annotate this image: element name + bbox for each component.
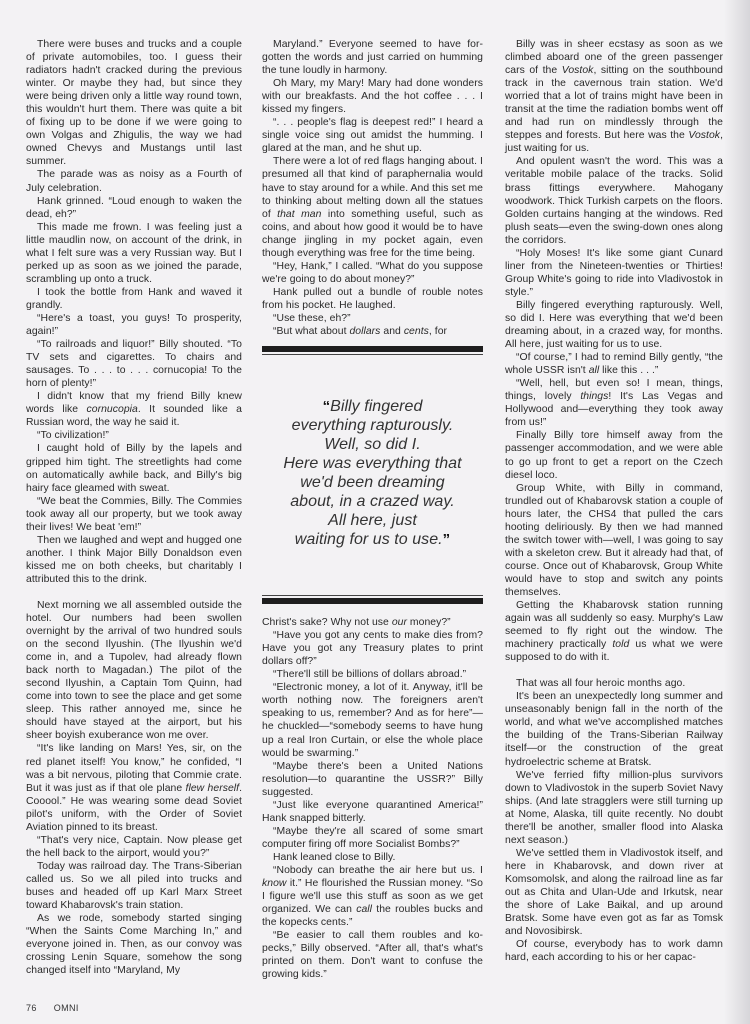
paragraph: Christ's sake? Why not use our money?” — [262, 616, 483, 629]
italic-text: flew herself — [186, 783, 240, 794]
pull-quote-line: Billy fingered — [330, 398, 422, 415]
page-edge-shadow — [724, 0, 750, 1024]
paragraph: Hank leaned close to Billy. — [262, 851, 483, 864]
paragraph: Next morning we all assembled outside th… — [26, 599, 242, 743]
pull-quote-line: Here was everything that — [283, 455, 461, 472]
paragraph: Today was railroad day. The Trans-Si­ber… — [26, 860, 242, 912]
paragraph: Maryland.” Everyone seemed to have for­g… — [262, 38, 483, 77]
pull-quote-bottom-rule — [262, 598, 483, 604]
paragraph: We've ferried fifty million-plus survivo… — [505, 769, 723, 847]
pull-quote-text: Billy fingeredeverything rapturously.Wel… — [283, 398, 461, 548]
italic-text: Vostok — [688, 130, 720, 141]
paragraph: “Of course,” I had to remind Billy gentl… — [505, 351, 723, 377]
paragraph: Group White, with Billy in command, trun… — [505, 482, 723, 599]
italic-text: cents — [404, 326, 429, 337]
paragraph: “But what about dollars and cents, for — [262, 325, 483, 338]
paragraph: “We beat the Commies, Billy. The Com­mie… — [26, 495, 242, 534]
paragraph: “Use these, eh?” — [262, 312, 483, 325]
italic-text: cornucopia — [87, 404, 138, 415]
paragraph: “Nobody can breathe the air here but us.… — [262, 864, 483, 929]
italic-text: know — [262, 878, 286, 889]
paragraph: And opulent wasn't the word. This was a … — [505, 155, 723, 246]
pull-quote-line: about, in a crazed way. — [290, 493, 455, 510]
paragraph: “Just like everyone quarantined Amer­ica… — [262, 799, 483, 825]
paragraph: This made me frown. I was feeling just a… — [26, 221, 242, 286]
italic-text: things — [580, 391, 608, 402]
paragraph: “Have you got any cents to make dies fro… — [262, 629, 483, 668]
pull-quote-line: Well, so did I. — [324, 436, 421, 453]
article-column-2: Maryland.” Everyone seemed to have for­g… — [262, 38, 483, 981]
paragraph: “Maybe there's been a United Nations res… — [262, 760, 483, 799]
page-number: 76 — [26, 1003, 37, 1013]
paragraph: We've settled them in Vladivostok itself… — [505, 847, 723, 938]
column2-continued: Christ's sake? Why not use our money?”“H… — [262, 616, 483, 981]
paragraph: It's been an unexpectedly long summer an… — [505, 690, 723, 768]
column2-body: Maryland.” Everyone seemed to have for­g… — [262, 38, 483, 338]
pull-quote-line: everything rapturously. — [292, 417, 454, 434]
italic-text: all — [589, 365, 600, 376]
pull-quote: “Billy fingeredeverything rapturously.We… — [262, 355, 483, 595]
paragraph: Of course, everybody has to work damn ha… — [505, 938, 723, 964]
paragraph: “It's like landing on Mars! Yes, sir, on… — [26, 742, 242, 833]
italic-text: our — [392, 617, 407, 628]
paragraph: I caught hold of Billy by the lapels and… — [26, 442, 242, 494]
paragraph: “Electronic money, a lot of it. Anyway, … — [262, 681, 483, 759]
article-column-1: There were buses and trucks and a cou­pl… — [26, 38, 242, 977]
paragraph: Billy was in sheer ecstasy as soon as we… — [505, 38, 723, 155]
pull-quote-line: waiting for us to use. — [295, 531, 443, 548]
column1-body: There were buses and trucks and a cou­pl… — [26, 38, 242, 586]
italic-text: that man — [277, 209, 321, 220]
italic-text: dollars — [349, 326, 380, 337]
paragraph: “There'll still be billions of dollars a… — [262, 668, 483, 681]
paragraph: “Hey, Hank,” I called. “What do you sup­… — [262, 260, 483, 286]
column3-body: Billy was in sheer ecstasy as soon as we… — [505, 38, 723, 664]
paragraph: The parade was as noisy as a Fourth of J… — [26, 168, 242, 194]
paragraph: That was all four heroic months ago. — [505, 677, 723, 690]
article-column-3: Billy was in sheer ecstasy as soon as we… — [505, 38, 723, 964]
paragraph: “Maybe they're all scared of some smart … — [262, 825, 483, 851]
paragraph: Getting the Khabarovsk station running a… — [505, 599, 723, 664]
open-quote-mark: “ — [323, 398, 331, 415]
paragraph: Finally Billy tore himself away from the… — [505, 429, 723, 481]
column3-section-break: That was all four heroic months ago.It's… — [505, 677, 723, 964]
paragraph: Oh Mary, my Mary! Mary had done won­ders… — [262, 77, 483, 116]
pull-quote-bottom-hairline — [262, 595, 483, 596]
pull-quote-line: we'd been dreaming — [300, 474, 445, 491]
paragraph: There were buses and trucks and a cou­pl… — [26, 38, 242, 168]
close-quote-mark: ” — [443, 531, 451, 548]
paragraph: “Holy Moses! It's like some giant Cunard… — [505, 247, 723, 299]
magazine-name: OMNI — [54, 1003, 79, 1013]
paragraph: “. . . people's flag is deepest red!” I … — [262, 116, 483, 155]
pull-quote-line: All here, just — [328, 512, 417, 529]
paragraph: Hank grinned. “Loud enough to waken the … — [26, 195, 242, 221]
italic-text: call — [356, 904, 372, 915]
paragraph: “That's very nice, Captain. Now please g… — [26, 834, 242, 860]
column1-section-break: Next morning we all assembled outside th… — [26, 599, 242, 977]
paragraph: Billy fingered everything rapturously. W… — [505, 299, 723, 351]
pull-quote-box: “Billy fingeredeverything rapturously.We… — [262, 346, 483, 604]
paragraph: There were a lot of red flags hanging ab… — [262, 155, 483, 259]
paragraph: “Be easier to call them roubles and ko­p… — [262, 929, 483, 981]
paragraph: As we rode, somebody started singing “Wh… — [26, 912, 242, 977]
paragraph: Then we laughed and wept and hugged one … — [26, 534, 242, 586]
pull-quote-top-rule — [262, 346, 483, 352]
paragraph: “To civilization!” — [26, 429, 242, 442]
paragraph: I took the bottle from Hank and waved it… — [26, 286, 242, 312]
paragraph: I didn't know that my friend Billy knew … — [26, 390, 242, 429]
italic-text: Vostok — [562, 65, 594, 76]
paragraph: “To railroads and liquor!” Billy shouted… — [26, 338, 242, 390]
paragraph: Hank pulled out a bundle of rouble notes… — [262, 286, 483, 312]
paragraph: “Well, hell, but even so! I mean, things… — [505, 377, 723, 429]
page-footer: 76 OMNI — [26, 1003, 93, 1013]
italic-text: told — [612, 639, 629, 650]
paragraph: “Here's a toast, you guys! To prosperity… — [26, 312, 242, 338]
